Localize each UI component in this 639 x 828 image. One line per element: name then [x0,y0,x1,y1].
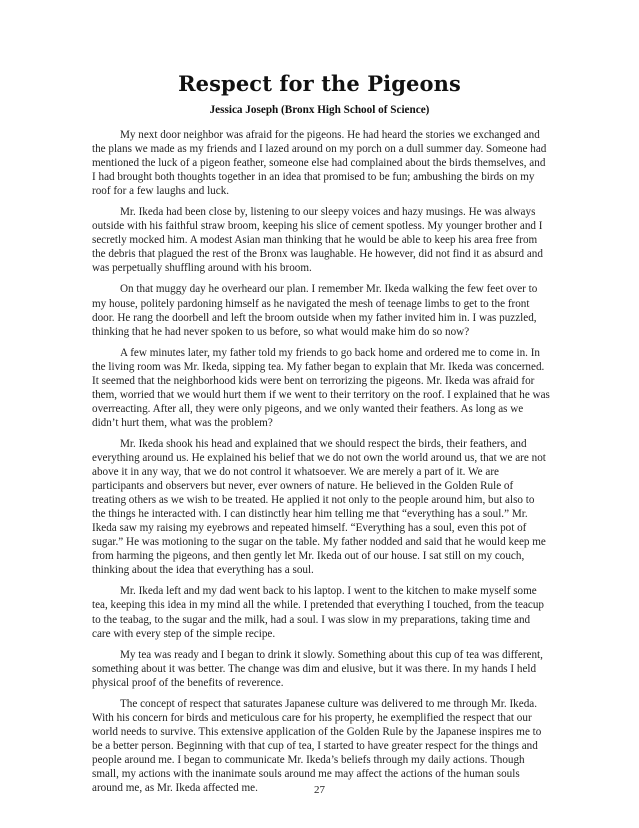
paragraph: Mr. Ikeda left and my dad went back to h… [92,584,550,640]
essay-title: Respect for the Pigeons [0,71,639,97]
paragraph: My tea was ready and I began to drink it… [92,648,550,690]
paragraph: My next door neighbor was afraid for the… [92,128,550,198]
paragraph: On that muggy day he overheard our plan.… [92,282,550,338]
essay-body: My next door neighbor was afraid for the… [92,128,550,802]
paragraph: A few minutes later, my father told my f… [92,346,550,430]
paragraph: The concept of respect that saturates Ja… [92,697,550,795]
author-byline: Jessica Joseph (Bronx High School of Sci… [0,103,639,117]
document-page: Respect for the Pigeons Jessica Joseph (… [0,0,639,828]
paragraph: Mr. Ikeda shook his head and explained t… [92,437,550,577]
page-number: 27 [0,783,639,797]
paragraph: Mr. Ikeda had been close by, listening t… [92,205,550,275]
